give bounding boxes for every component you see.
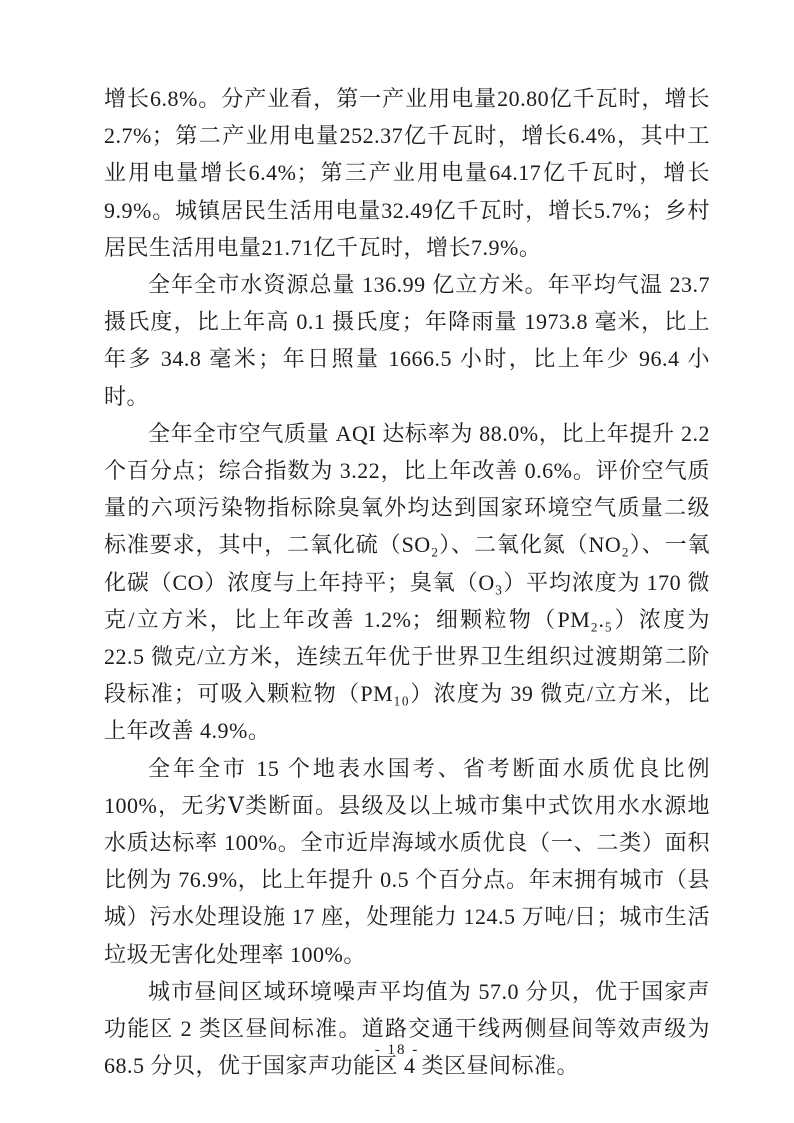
paragraph: 增长6.8%。分产业看，第一产业用电量20.80亿千瓦时，增长2.7%；第二产业… — [104, 80, 710, 266]
document-page: 增长6.8%。分产业看，第一产业用电量20.80亿千瓦时，增长2.7%；第二产业… — [0, 0, 794, 1123]
paragraph: 全年全市空气质量 AQI 达标率为 88.0%，比上年提升 2.2 个百分点；综… — [104, 415, 710, 750]
page-footer: - 18 - — [0, 1040, 794, 1060]
paragraph: 城市昼间区域环境噪声平均值为 57.0 分贝，优于国家声功能区 2 类区昼间标准… — [104, 973, 710, 1085]
paragraph: 全年全市 15 个地表水国考、省考断面水质优良比例 100%，无劣Ⅴ类断面。县级… — [104, 750, 710, 973]
paragraph: 全年全市水资源总量 136.99 亿立方米。年平均气温 23.7 摄氏度，比上年… — [104, 266, 710, 415]
document-body: 增长6.8%。分产业看，第一产业用电量20.80亿千瓦时，增长2.7%；第二产业… — [104, 80, 710, 1084]
page-number: - 18 - — [375, 1042, 420, 1058]
